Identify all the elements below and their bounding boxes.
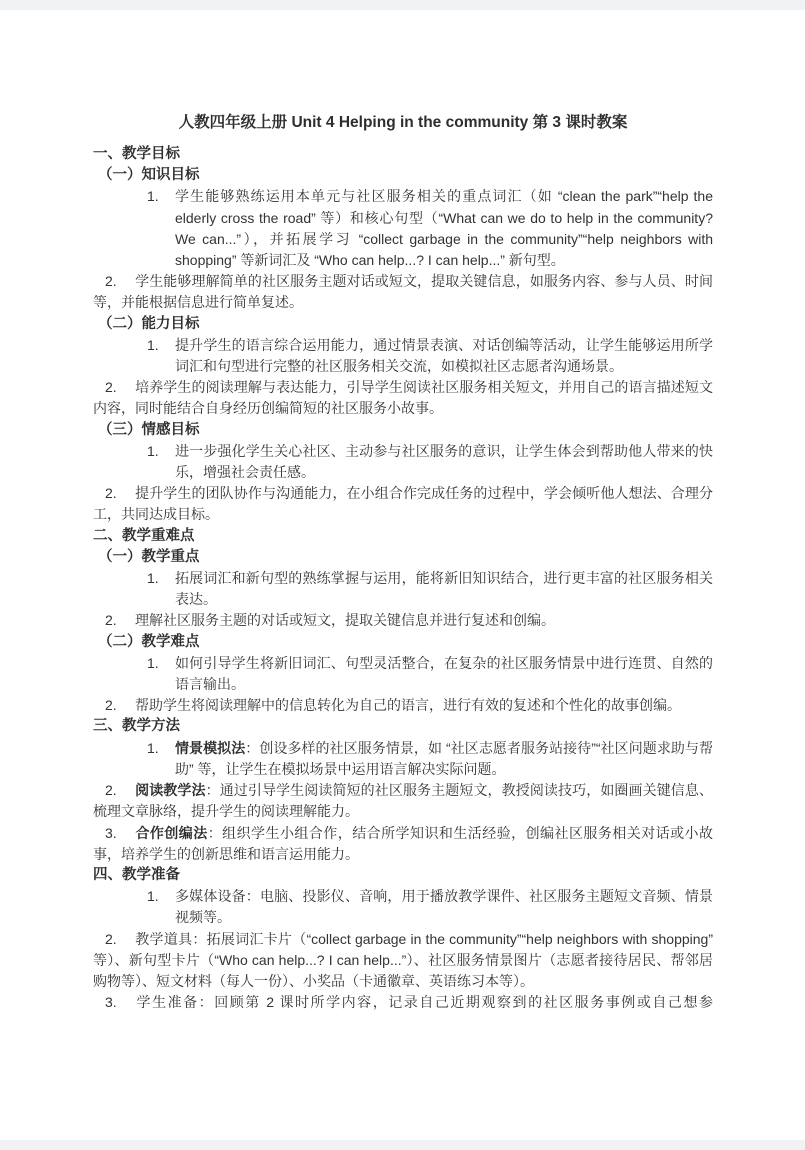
document-page: 人教四年级上册 Unit 4 Helping in the community … (0, 0, 805, 1150)
sub-heading: （一）知识目标 (93, 165, 713, 186)
item-text: 多媒体设备：电脑、投影仪、音响，用于播放教学课件、社区服务主题短文音频、情景视频… (175, 886, 713, 928)
numbered-paragraph: 3.学生准备：回顾第 2 课时所学内容，记录自己近期观察到的社区服务事例或自己想… (93, 992, 713, 1013)
numbered-paragraph: 2.教学道具：拓展词汇卡片（“collect garbage in the co… (93, 929, 713, 993)
text-run: 提升学生的语言综合运用能力，通过情景表演、对话创编等活动，让学生能够运用所学词汇… (175, 337, 713, 374)
text-run: 拓展词汇和新句型的熟练掌握与运用，能将新旧知识结合，进行更丰富的社区服务相关表达… (175, 570, 713, 607)
item-text: 提升学生的语言综合运用能力，通过情景表演、对话创编等活动，让学生能够运用所学词汇… (175, 335, 713, 377)
document-content: 人教四年级上册 Unit 4 Helping in the community … (93, 10, 713, 1013)
item-number: 2. (105, 271, 135, 292)
bold-term: 情景模拟法 (175, 740, 245, 756)
item-number: 1. (147, 653, 175, 695)
section-heading: 三、教学方法 (93, 716, 713, 737)
item-text: 学生能够熟练运用本单元与社区服务相关的重点词汇（如 “clean the par… (175, 186, 713, 271)
bold-term: 阅读教学法 (135, 782, 206, 798)
item-number: 2. (105, 780, 135, 801)
item-number: 2. (105, 377, 135, 398)
text-run: 进一步强化学生关心社区、主动参与社区服务的意识，让学生体会到帮助他人带来的快乐，… (175, 443, 713, 480)
item-number: 2. (105, 929, 135, 950)
page-gap-bottom (0, 1140, 805, 1150)
text-run: 学生能够熟练运用本单元与社区服务相关的重点词汇（如 “clean the par… (175, 188, 713, 268)
text-run: 学生准备：回顾第 2 课时所学内容，记录自己近期观察到的社区服务事例或自己想参 (135, 994, 713, 1010)
numbered-item: 1.学生能够熟练运用本单元与社区服务相关的重点词汇（如 “clean the p… (93, 186, 713, 271)
item-number: 1. (147, 886, 175, 928)
text-run: 帮助学生将阅读理解中的信息转化为自己的语言，进行有效的复述和个性化的故事创编。 (135, 697, 681, 713)
numbered-paragraph: 2.培养学生的阅读理解与表达能力，引导学生阅读社区服务相关短文，并用自己的语言描… (93, 377, 713, 419)
sub-heading: （三）情感目标 (93, 420, 713, 441)
numbered-item: 1.多媒体设备：电脑、投影仪、音响，用于播放教学课件、社区服务主题短文音频、情景… (93, 886, 713, 928)
text-run: 学生能够理解简单的社区服务主题对话或短文，提取关键信息，如服务内容、参与人员、时… (93, 273, 713, 310)
document-body: 一、教学目标（一）知识目标1.学生能够熟练运用本单元与社区服务相关的重点词汇（如… (93, 144, 713, 1013)
bold-term: 合作创编法 (135, 825, 208, 841)
item-number: 1. (147, 568, 175, 610)
text-run: 如何引导学生将新旧词汇、句型灵活整合，在复杂的社区服务情景中进行连贯、自然的语言… (175, 655, 713, 692)
text-run: 理解社区服务主题的对话或短文，提取关键信息并进行复述和创编。 (135, 612, 555, 628)
numbered-paragraph: 2.提升学生的团队协作与沟通能力，在小组合作完成任务的过程中，学会倾听他人想法、… (93, 483, 713, 525)
numbered-item: 1.情景模拟法：创设多样的社区服务情景，如 “社区志愿者服务站接待”“社区问题求… (93, 738, 713, 780)
text-run: 提升学生的团队协作与沟通能力，在小组合作完成任务的过程中，学会倾听他人想法、合理… (93, 485, 713, 522)
item-number: 1. (147, 441, 175, 483)
document-title: 人教四年级上册 Unit 4 Helping in the community … (93, 112, 713, 133)
section-heading: 二、教学重难点 (93, 526, 713, 547)
text-run: 教学道具：拓展词汇卡片（“collect garbage in the comm… (93, 931, 713, 989)
sub-heading: （二）能力目标 (93, 314, 713, 335)
item-number: 3. (105, 823, 135, 844)
section-heading: 四、教学准备 (93, 865, 713, 886)
item-text: 拓展词汇和新句型的熟练掌握与运用，能将新旧知识结合，进行更丰富的社区服务相关表达… (175, 568, 713, 610)
item-number: 2. (105, 483, 135, 504)
numbered-item: 1.如何引导学生将新旧词汇、句型灵活整合，在复杂的社区服务情景中进行连贯、自然的… (93, 653, 713, 695)
sub-heading: （二）教学难点 (93, 632, 713, 653)
numbered-paragraph: 3.合作创编法：组织学生小组合作，结合所学知识和生活经验，创编社区服务相关对话或… (93, 823, 713, 865)
numbered-paragraph: 2.学生能够理解简单的社区服务主题对话或短文，提取关键信息，如服务内容、参与人员… (93, 271, 713, 313)
item-text: 进一步强化学生关心社区、主动参与社区服务的意识，让学生体会到帮助他人带来的快乐，… (175, 441, 713, 483)
item-number: 1. (147, 335, 175, 377)
numbered-item: 1.提升学生的语言综合运用能力，通过情景表演、对话创编等活动，让学生能够运用所学… (93, 335, 713, 377)
numbered-item: 1.拓展词汇和新句型的熟练掌握与运用，能将新旧知识结合，进行更丰富的社区服务相关… (93, 568, 713, 610)
text-run: 多媒体设备：电脑、投影仪、音响，用于播放教学课件、社区服务主题短文音频、情景视频… (175, 888, 713, 925)
numbered-item: 1.进一步强化学生关心社区、主动参与社区服务的意识，让学生体会到帮助他人带来的快… (93, 441, 713, 483)
item-text: 情景模拟法：创设多样的社区服务情景，如 “社区志愿者服务站接待”“社区问题求助与… (175, 738, 713, 780)
item-number: 2. (105, 610, 135, 631)
numbered-paragraph: 2.帮助学生将阅读理解中的信息转化为自己的语言，进行有效的复述和个性化的故事创编… (93, 695, 713, 716)
page-gap-top (0, 0, 805, 10)
item-number: 3. (105, 992, 135, 1013)
sub-heading: （一）教学重点 (93, 547, 713, 568)
section-heading: 一、教学目标 (93, 144, 713, 165)
item-number: 1. (147, 186, 175, 271)
numbered-paragraph: 2.理解社区服务主题的对话或短文，提取关键信息并进行复述和创编。 (93, 610, 713, 631)
text-run: ：创设多样的社区服务情景，如 “社区志愿者服务站接待”“社区问题求助与帮助” 等… (175, 740, 713, 777)
text-run: 培养学生的阅读理解与表达能力，引导学生阅读社区服务相关短文，并用自己的语言描述短… (93, 379, 713, 416)
numbered-paragraph: 2.阅读教学法：通过引导学生阅读简短的社区服务主题短文，教授阅读技巧，如圈画关键… (93, 780, 713, 822)
item-text: 如何引导学生将新旧词汇、句型灵活整合，在复杂的社区服务情景中进行连贯、自然的语言… (175, 653, 713, 695)
item-number: 2. (105, 695, 135, 716)
item-number: 1. (147, 738, 175, 780)
